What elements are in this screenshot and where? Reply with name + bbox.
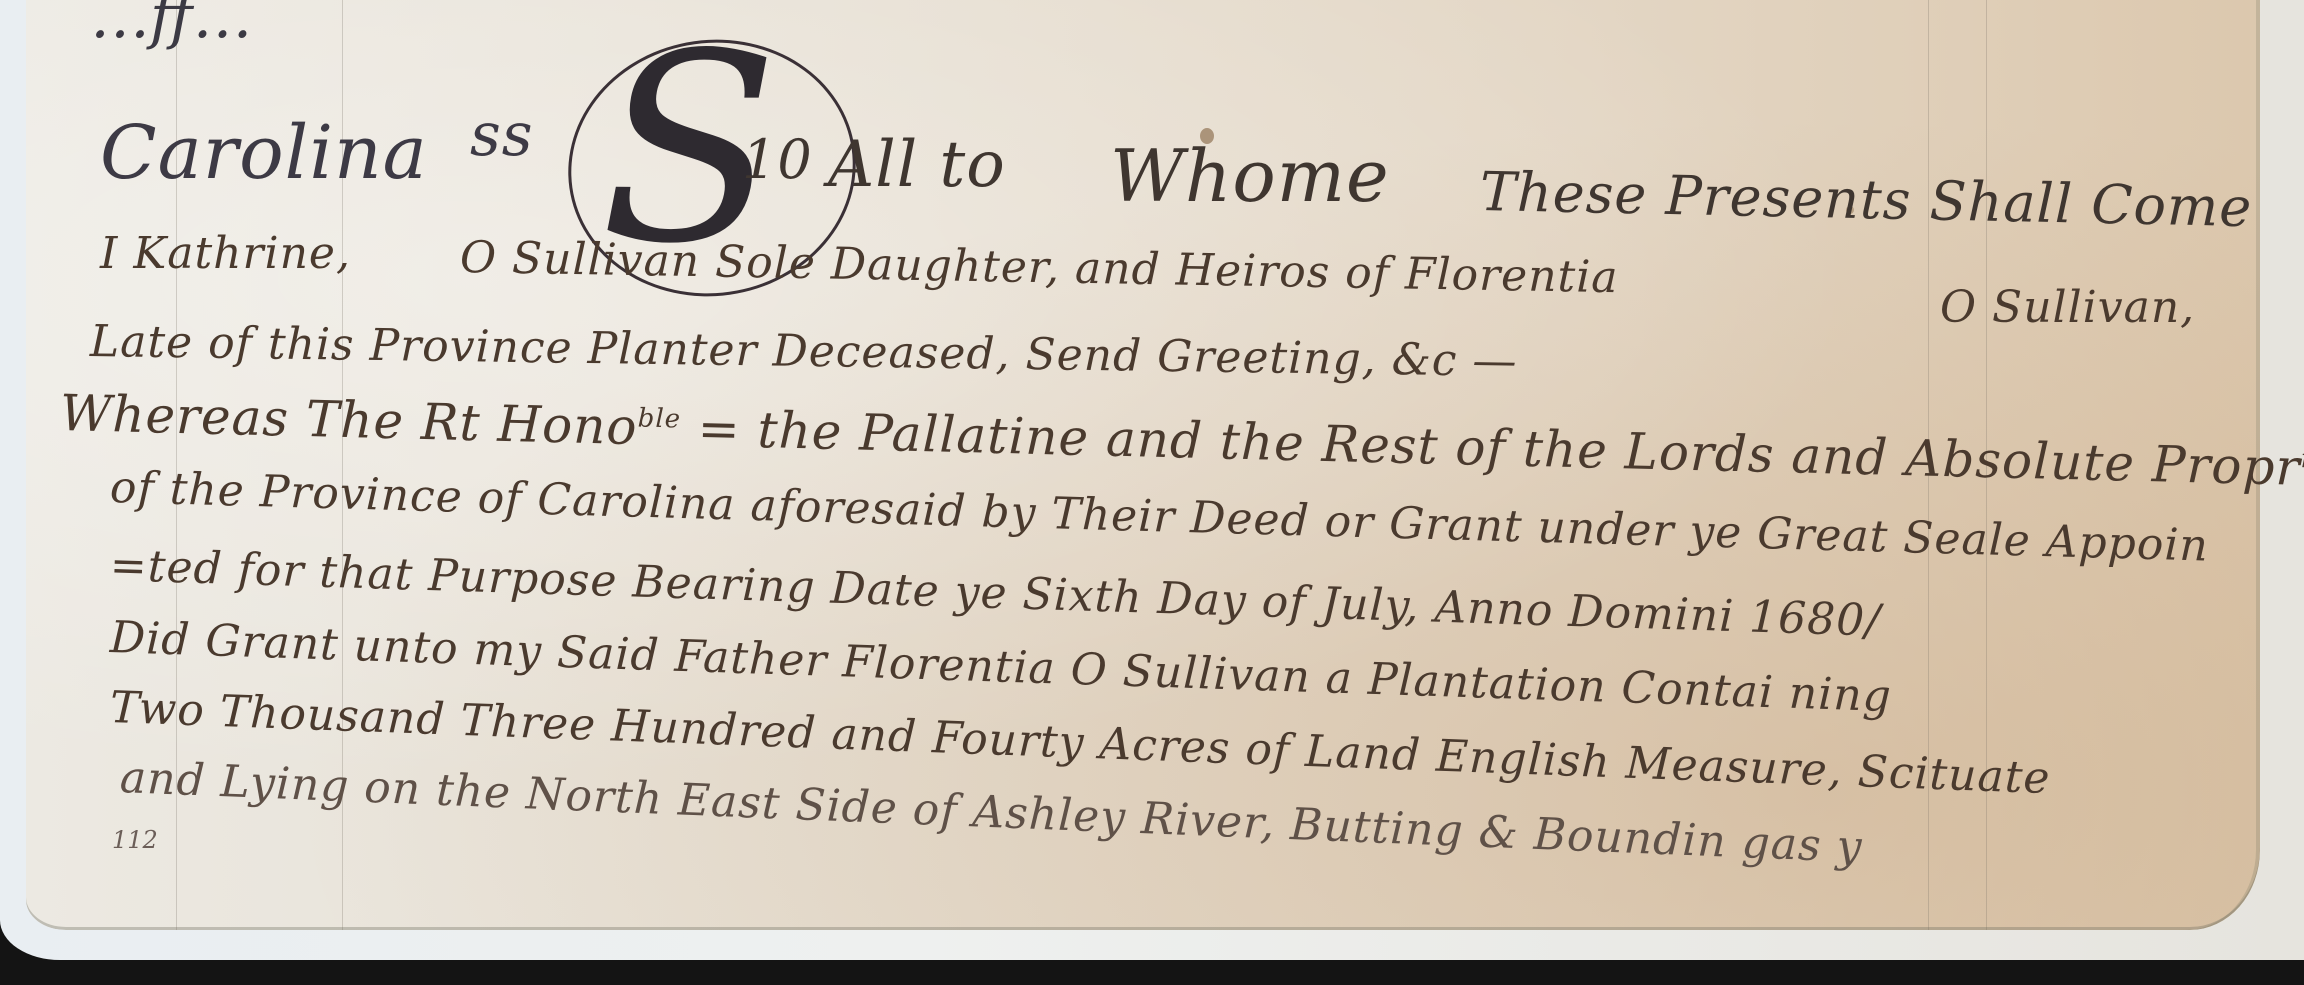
manuscript-photo: …ff… S Carolina ss 10 All to Whome These…	[0, 0, 2304, 985]
line-3-text-b: = the Pallatine and the Rest of the Lord…	[697, 400, 2301, 497]
line-0-b: Whome	[1110, 134, 1390, 218]
line-1-c: O Sullivan,	[1940, 282, 2195, 333]
line-1-a: I Kathrine,	[100, 228, 351, 279]
line-3-superscript: ble	[637, 403, 681, 434]
heading-place: Carolina	[100, 110, 428, 196]
margin-folio-number: 112	[112, 826, 158, 854]
heading-number: 10	[742, 128, 813, 191]
line-2: Late of this Province Planter Deceased, …	[90, 316, 1518, 387]
line-3-text-a: Whereas The Rt Hono	[59, 384, 638, 456]
line-0-c: These Presents Shall Come	[1479, 160, 2253, 239]
handwritten-text: …ff… S Carolina ss 10 All to Whome These…	[0, 0, 2304, 985]
heading-ss: ss	[470, 100, 534, 170]
line-3-superscript-2: rs	[2300, 444, 2304, 475]
line-0-a: All to	[828, 128, 1006, 202]
top-fragment: …ff…	[90, 0, 253, 52]
